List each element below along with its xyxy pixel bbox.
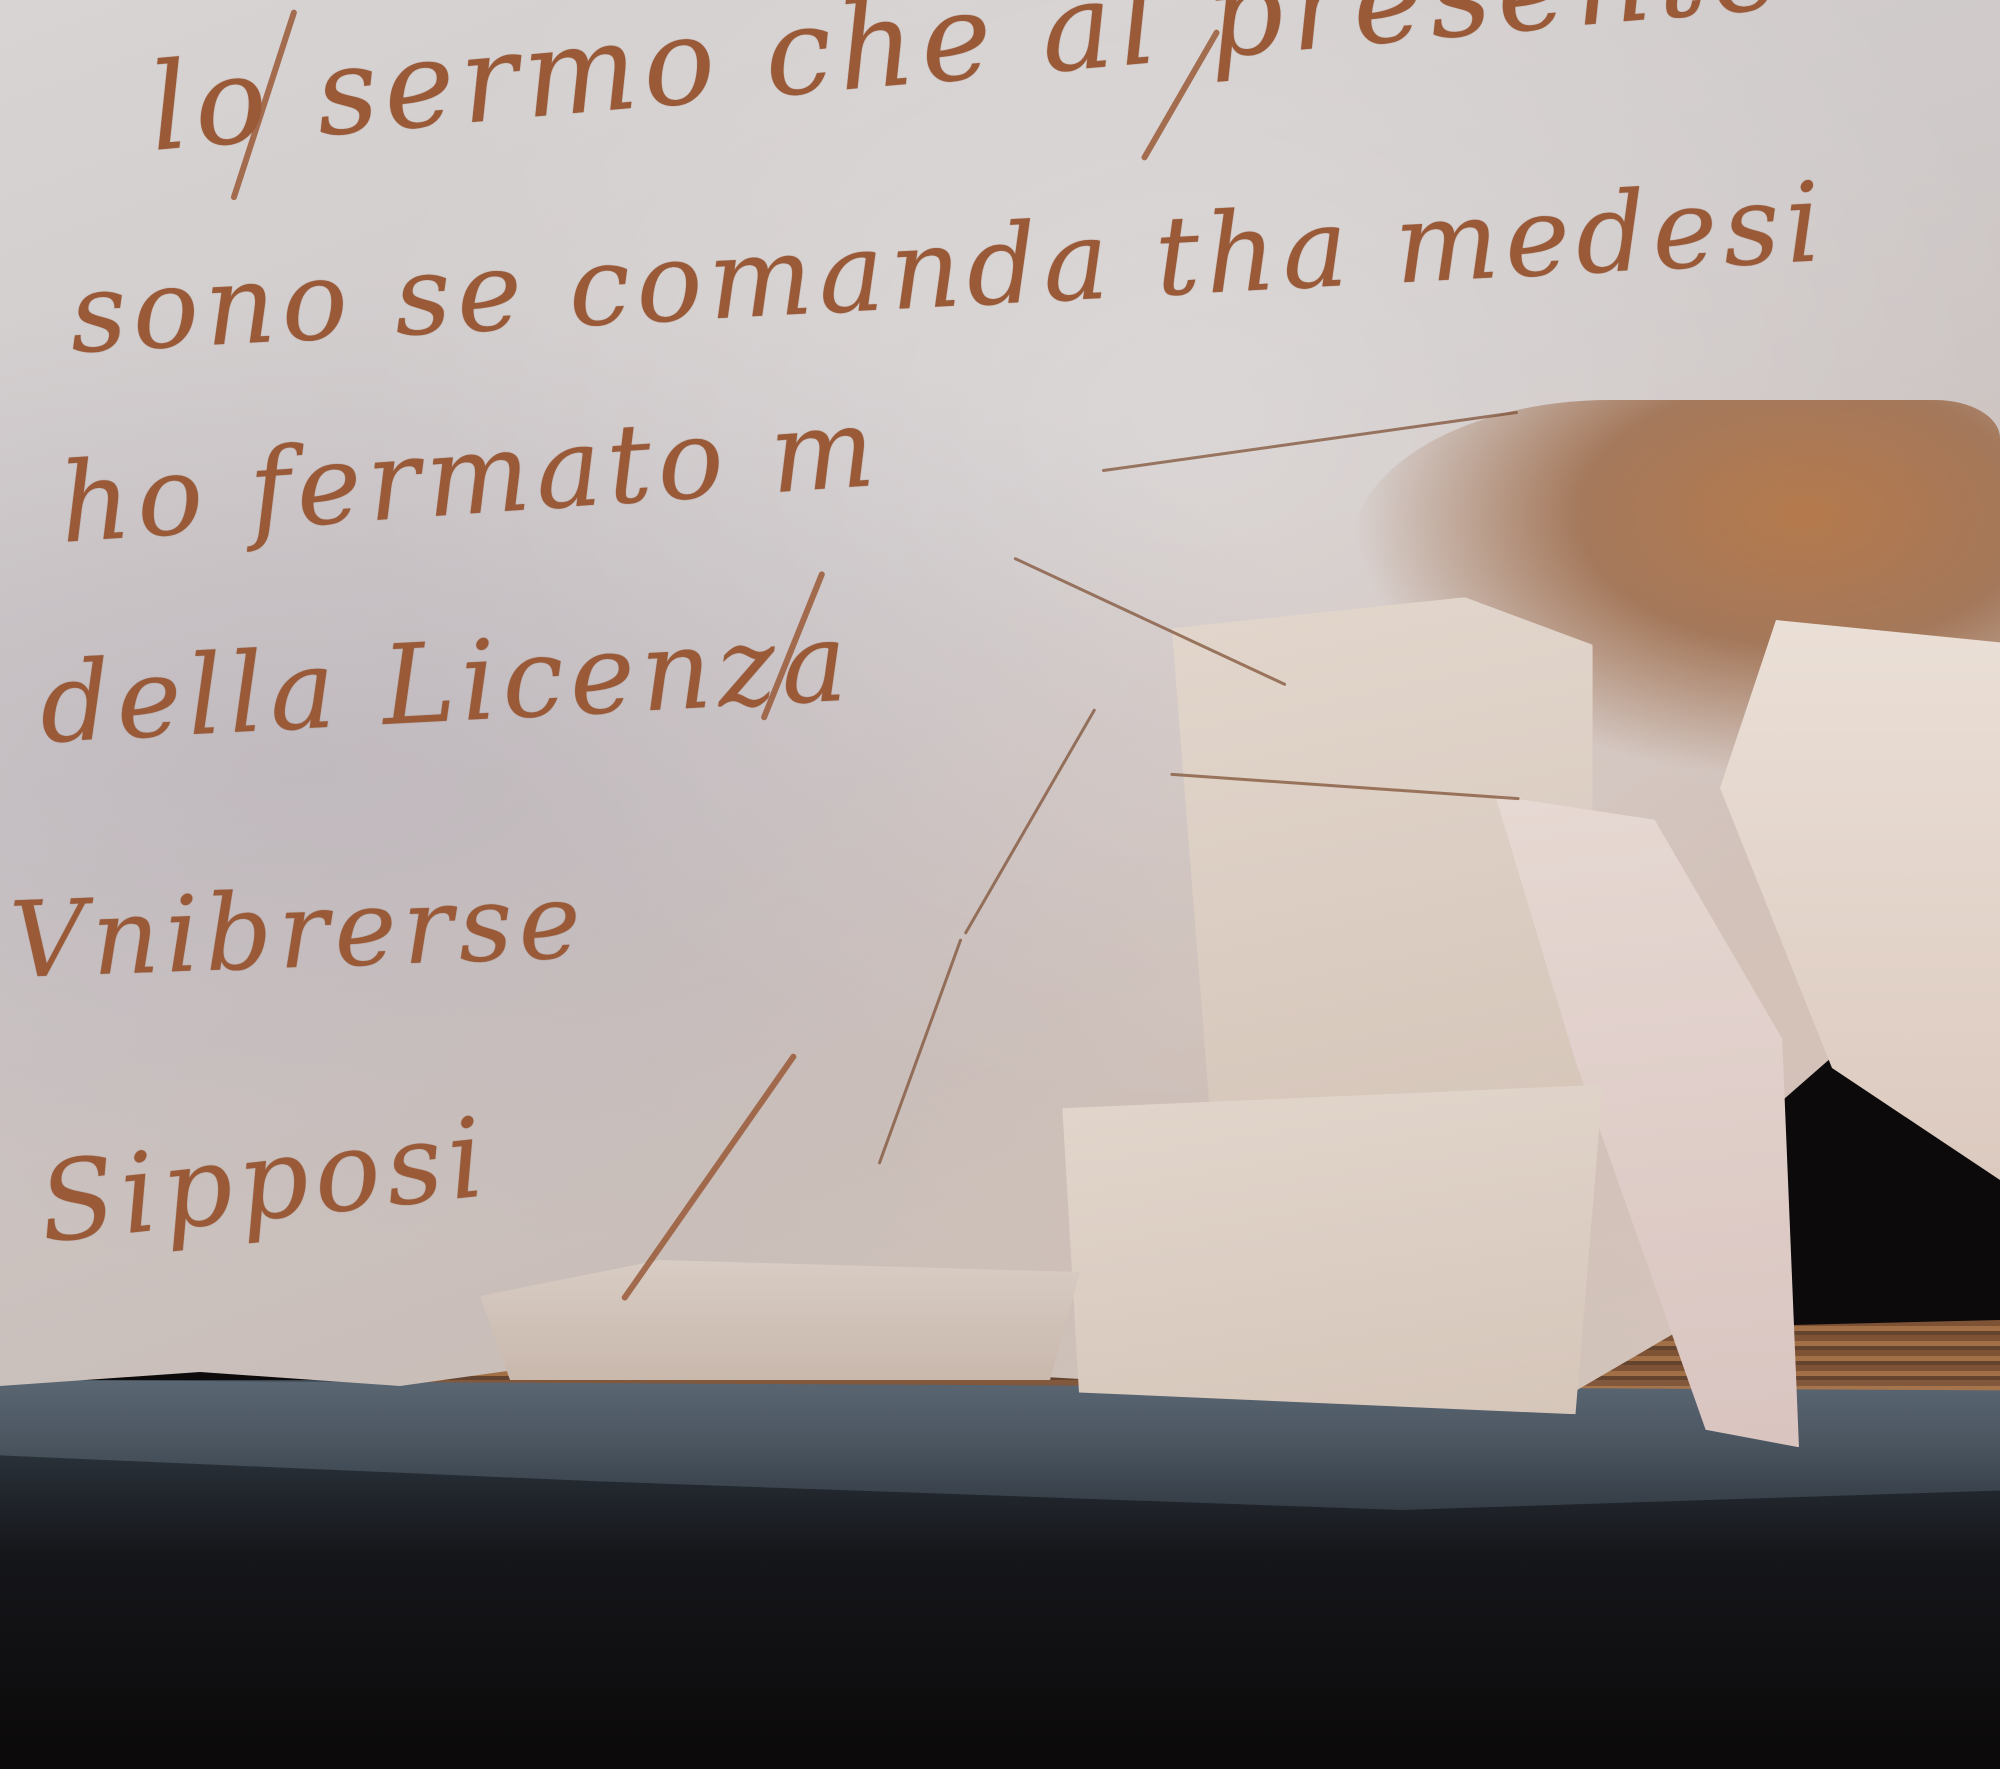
paper-flap [1057, 1075, 1603, 1414]
manuscript-line-5: Vnibrerse [8, 860, 589, 1002]
paper-flap [480, 1260, 1080, 1380]
manuscript-photo: lo sermo che al presente sono se comanda… [0, 0, 2000, 1769]
